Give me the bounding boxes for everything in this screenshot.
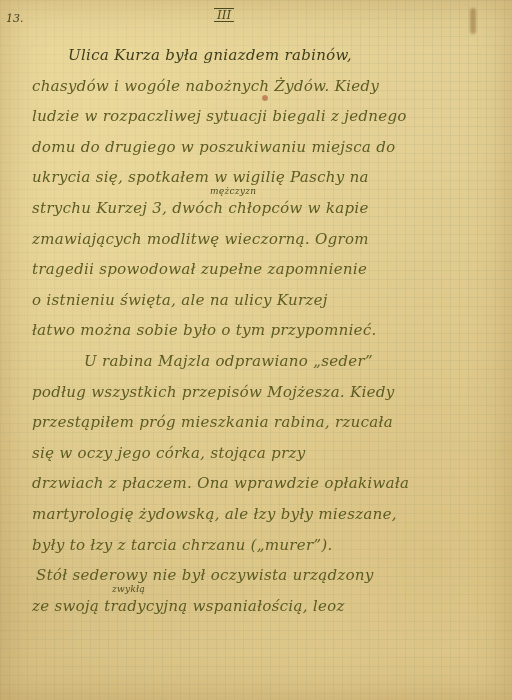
text-line: U rabina Majzla odprawiano „seder” [32, 346, 502, 377]
interlinear-note: mężczyzn [210, 187, 256, 197]
manuscript-page: 13. III Ulica Kurza była gniazdem rabinó… [0, 0, 512, 700]
interlinear-note: zwykłą [112, 585, 145, 595]
text-line: ludzie w rozpaczliwej sytuacji biegali z… [32, 101, 502, 132]
text-line: tragedii spowodował zupełne zapomnienie [32, 254, 502, 285]
text-line: się w oczy jego córka, stojąca przy [32, 438, 502, 469]
text-line: łatwo można sobie było o tym przypomnieć… [32, 315, 502, 346]
text-line: o istnieniu święta, ale na ulicy Kurzej [32, 285, 502, 316]
text-line: były to łzy z tarcia chrzanu („murer”). [32, 530, 502, 561]
text-line-with-note: mężczyzn strychu Kurzej 3, dwóch chłopcó… [32, 193, 502, 224]
text-line: drzwiach z płaczem. Ona wprawdzie opłaki… [32, 468, 502, 499]
text-line: domu do drugiego w poszukiwaniu miejsca … [32, 132, 502, 163]
text-line-with-note: zwykłą ze swoją tradycyjną wspaniałością… [32, 591, 502, 622]
handwritten-text: Ulica Kurza była gniazdem rabinów, chasy… [32, 40, 502, 621]
text-line: Stół sederowy nie był oczywista urządzon… [32, 560, 502, 591]
text-line: przestąpiłem próg mieszkania rabina, rzu… [32, 407, 502, 438]
chapter-heading: III [214, 8, 234, 22]
paper-stain [470, 8, 476, 34]
text-line: chasydów i wogóle nabożnych Żydów. Kiedy [32, 71, 502, 102]
page-number: 13. [6, 12, 24, 25]
text-line: ukrycia się, spotkałem w wigilię Paschy … [32, 162, 502, 193]
text-line: strychu Kurzej 3, dwóch chłopców w kapie [32, 199, 369, 217]
text-line: zmawiających modlitwę wieczorną. Ogrom [32, 224, 502, 255]
text-line: Ulica Kurza była gniazdem rabinów, [32, 40, 502, 71]
text-line: podług wszystkich przepisów Mojżesza. Ki… [32, 377, 502, 408]
text-line: ze swoją tradycyjną wspaniałością, leoz [32, 597, 345, 615]
text-line: martyrologię żydowską, ale łzy były mies… [32, 499, 502, 530]
